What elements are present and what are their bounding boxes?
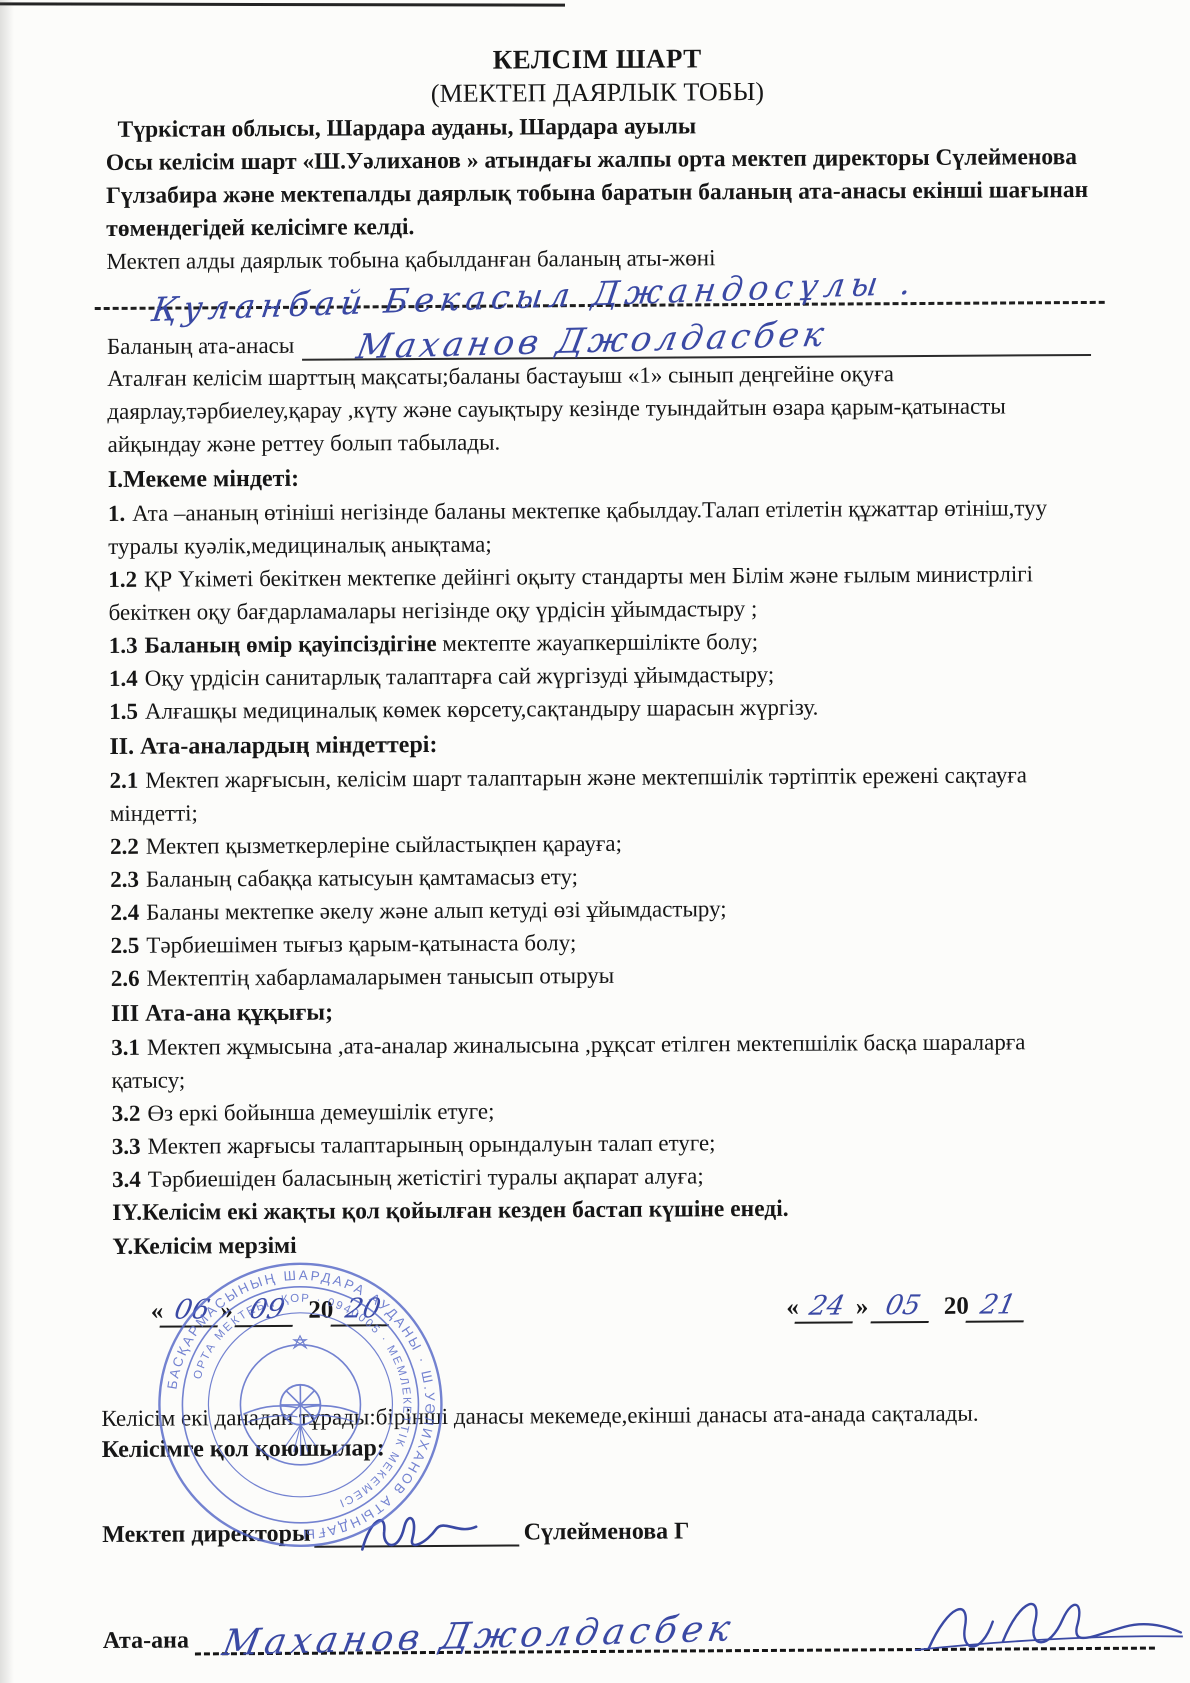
item-text: Мектеп жұмысына ,ата-аналар жиналысына ,… [111, 1029, 1025, 1093]
item-number: 1.4 [109, 666, 138, 691]
list-item: 1.5Алғашқы медициналық көмек көрсету,сақ… [109, 689, 1093, 728]
date-end: «24» 05 2021 [786, 1289, 1027, 1323]
item-number: 3.3 [112, 1134, 141, 1159]
item-text: Баланың сабаққа катысуын қамтамасыз ету; [146, 864, 578, 892]
parent-signature-icon [915, 1588, 1185, 1670]
item-number: 3.1 [111, 1035, 140, 1060]
solid-fill-line: Маханов Джолдасбек [302, 314, 1091, 361]
item-number: 2.2 [110, 834, 139, 859]
list-item: 2.1Мектеп жарғысын, келісім шарт талапта… [110, 758, 1094, 830]
date-century-printed: 20 [944, 1293, 969, 1320]
parent-name-label: Баланың ата-анасы [107, 331, 295, 362]
item-text: Мектеп қызметкерлеріне сыйластықпен қара… [146, 831, 622, 859]
item-text: Мектеп жарғысын, келісім шарт талаптарын… [110, 762, 1027, 826]
child-name-line: Қуланбай Бекасыл Джандосұлы . [107, 272, 1091, 320]
parent-sign-label: Ата-ана [103, 1625, 189, 1656]
item-number: 1.2 [108, 567, 137, 592]
item-number: 2.5 [111, 933, 140, 958]
svg-text:ОРТА МЕКТЕБІ, ҚОР · 0940005 ·: ОРТА МЕКТЕБІ, ҚОР · 0940005 · МЕМЛЕКЕТТІ… [191, 1292, 413, 1510]
item-number: 2.1 [110, 768, 139, 793]
item-number: 1. [108, 501, 125, 526]
parent-sign-handwritten: Маханов Джолдасбек [219, 1608, 738, 1664]
scanned-agreement-document: КЕЛСІМ ШАРТ (МЕКТЕП ДАЯРЛЫК ТОБЫ) Түркіс… [0, 0, 1190, 1683]
purpose-paragraph: Аталған келісім шарттың мақсаты;баланы б… [107, 356, 1092, 461]
director-name: Сүлейменова Г [524, 1518, 690, 1546]
item-number: 2.6 [111, 966, 140, 991]
list-item: 1.Ата –ананың өтініші негізінде баланы м… [108, 491, 1092, 563]
list-item: 2.6Мектептің хабарламаларымен танысып от… [111, 956, 1095, 995]
item-number: 1.3 [109, 633, 138, 658]
item-text: Мектептің хабарламаларымен танысып отыру… [147, 963, 615, 991]
list-item: 3.1Мектеп жұмысына ,ата-аналар жиналысын… [111, 1025, 1095, 1097]
item-text: Тәрбиешіден баласының жетістігі туралы а… [148, 1163, 704, 1191]
item-number: 3.4 [112, 1167, 141, 1192]
item-text: Алғашқы медициналық көмек көрсету,сақтан… [145, 695, 818, 724]
intro-paragraph: Осы келісім шарт «Ш.Уәлиханов » атындағы… [106, 141, 1091, 246]
item-text: Баланы мектепке әкелу және алып кетуді ө… [146, 896, 727, 925]
document-content: КЕЛСІМ ШАРТ (МЕКТЕП ДАЯРЛЫК ТОБЫ) Түркіс… [0, 0, 1190, 1683]
date-month-handwritten: 05 [870, 1290, 935, 1323]
item-text: Ата –ананың өтініші негізінде баланы мек… [108, 495, 1047, 559]
item-text: ҚР Үкіметі бекіткен мектепке дейінгі оқы… [109, 561, 1034, 625]
date-year-handwritten: 21 [965, 1289, 1030, 1322]
list-item: 1.2ҚР Үкіметі бекіткен мектепке дейінгі … [108, 557, 1092, 629]
date-day-handwritten: 24 [794, 1290, 859, 1323]
stamp-inner-ring-text: ОРТА МЕКТЕБІ, ҚОР · 0940005 · МЕМЛЕКЕТТІ… [191, 1292, 413, 1510]
item-text: Оқу үрдісін санитарлық талаптарға сай жү… [145, 662, 775, 691]
parent-signature-row: Ата-ана Маханов Джолдасбек [103, 1595, 1155, 1656]
item-number: 2.4 [110, 900, 139, 925]
item-number: 3.2 [112, 1101, 141, 1126]
item-text: Өз еркі бойынша демеушілік етуге; [147, 1099, 494, 1126]
item-text: Мектеп жарғысы талаптарының орындалуын т… [148, 1130, 716, 1158]
item-text: Тәрбиешімен тығыз қарым-қатынаста болу; [146, 930, 576, 958]
school-round-stamp: БАСҚАРМАСЫНЫҢ ШАРДАРА АУДАНЫ · Ш.УӘЛИХАН… [151, 1255, 451, 1555]
item-number: 1.5 [109, 699, 138, 724]
parent-signature-line: Маханов Джолдасбек [195, 1595, 1155, 1656]
item-text: мектепте жауапкершілікте болу; [437, 629, 759, 656]
item-number: 2.3 [110, 867, 139, 892]
